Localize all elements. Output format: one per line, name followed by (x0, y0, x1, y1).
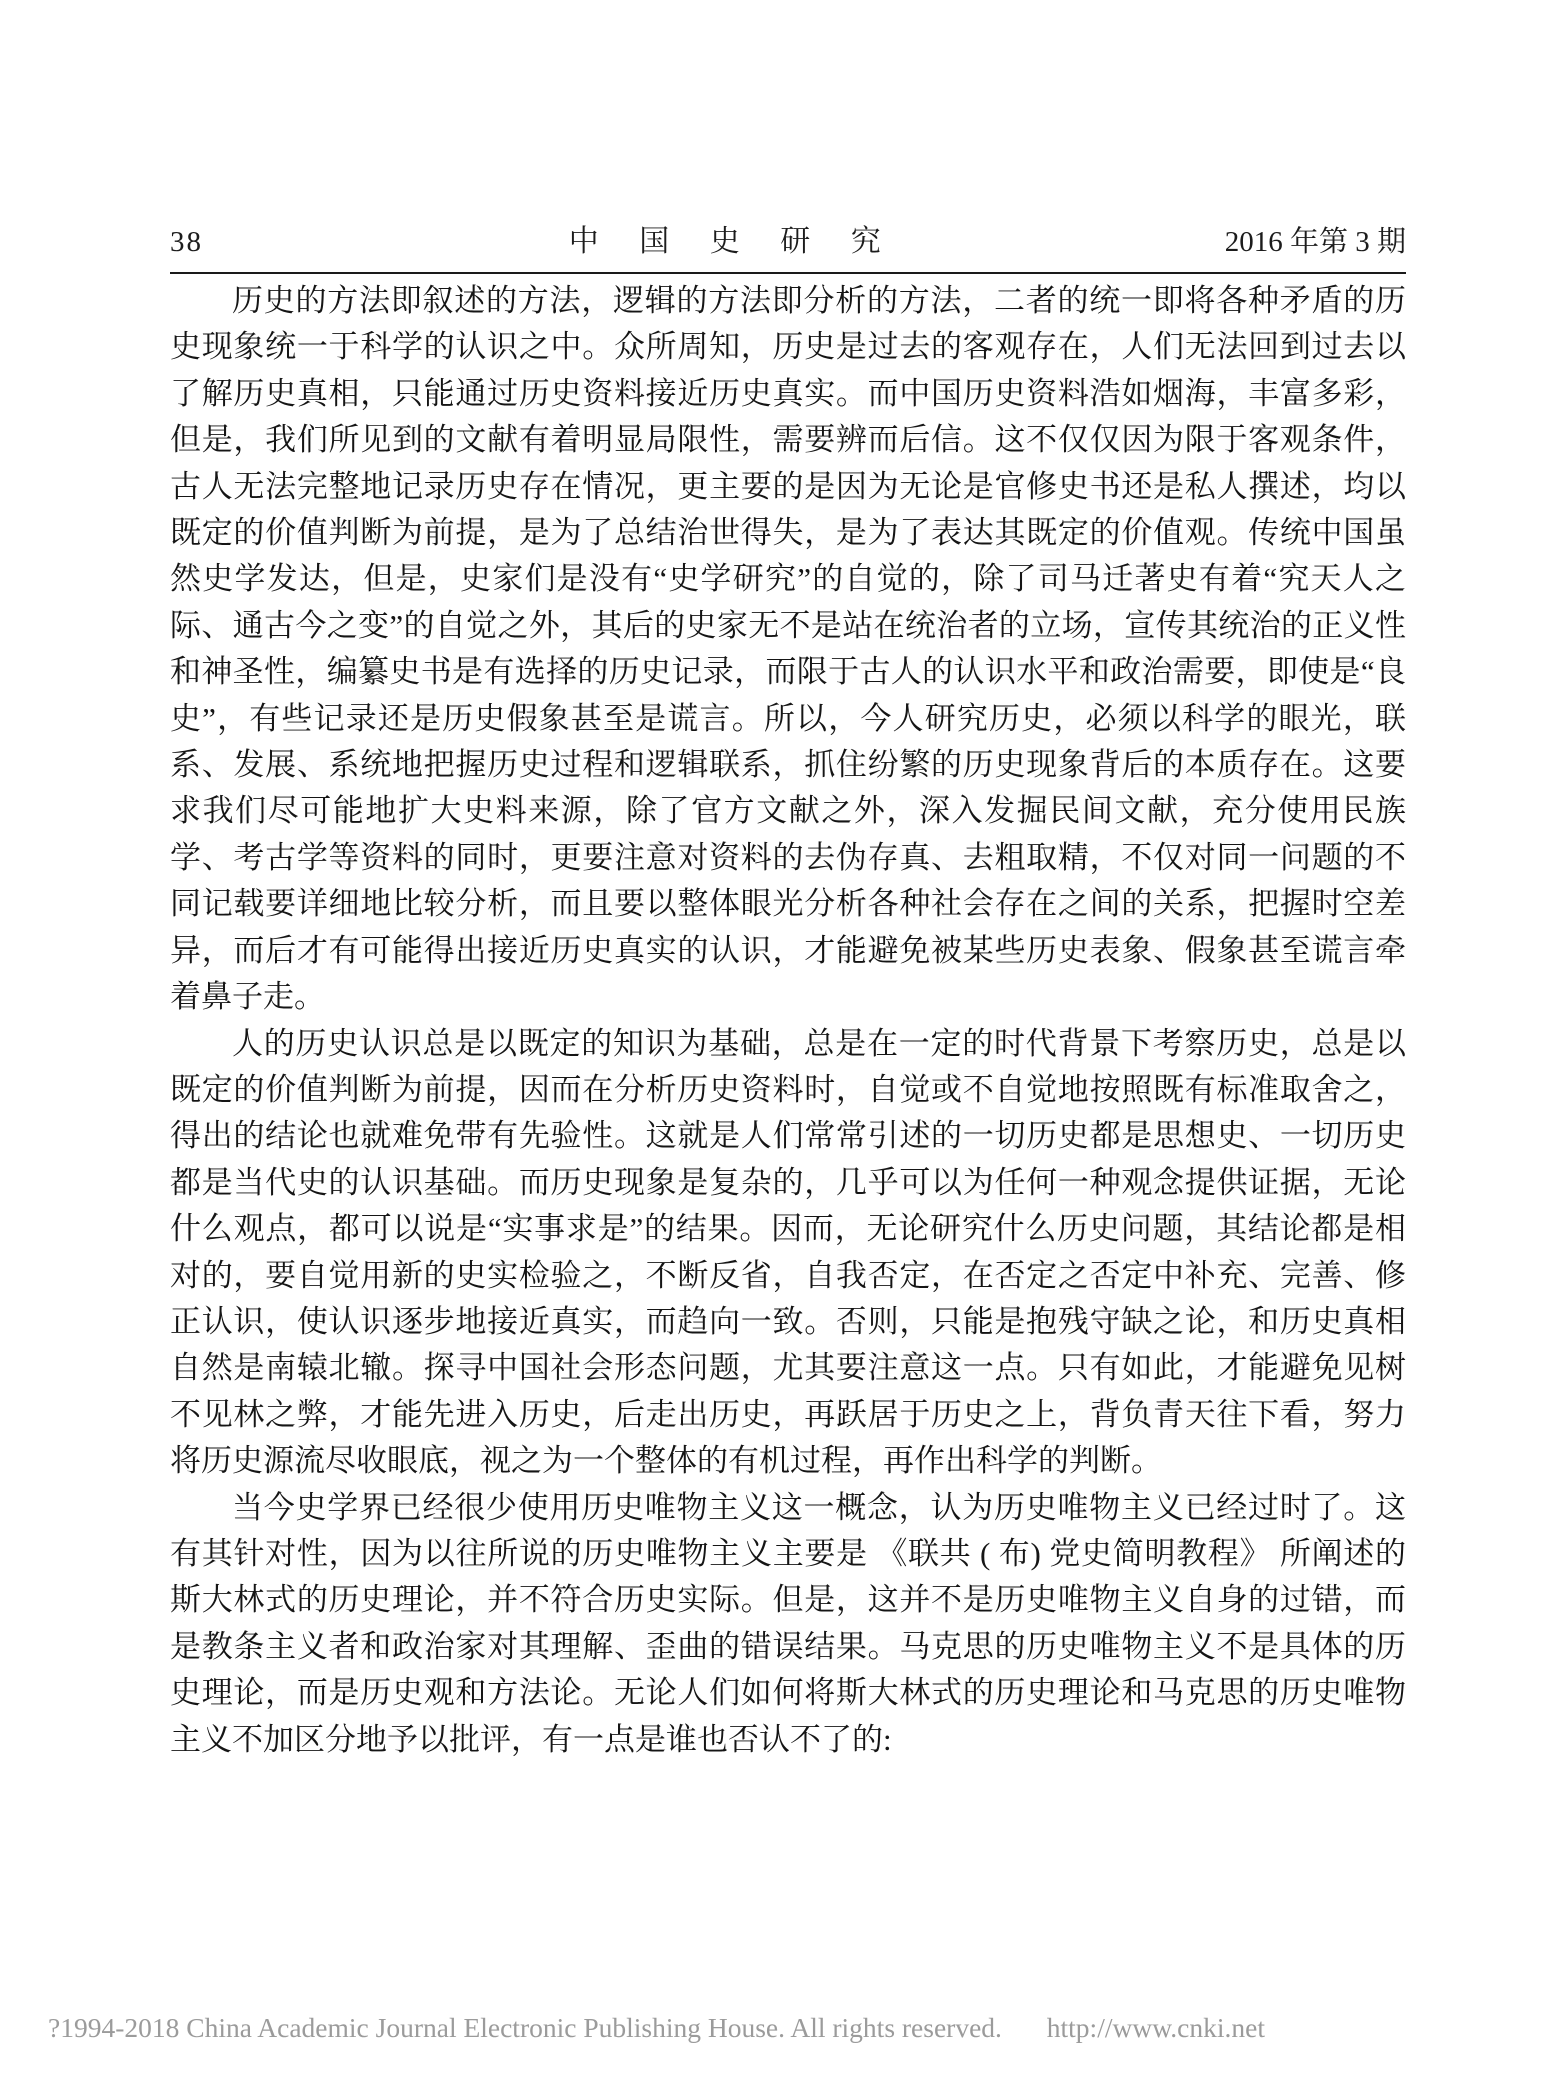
paragraph-1: 历史的方法即叙述的方法，逻辑的方法即分析的方法，二者的统一即将各种矛盾的历史现象… (170, 278, 1406, 1021)
paragraph-3: 当今史学界已经很少使用历史唯物主义这一概念，认为历史唯物主义已经过时了。这有其针… (170, 1485, 1406, 1763)
copyright-notice: ?1994-2018 China Academic Journal Electr… (48, 2012, 1002, 2043)
issue-info: 2016 年第 3 期 (1176, 219, 1406, 260)
paragraph-2: 人的历史认识总是以既定的知识为基础，总是在一定的时代背景下考察历史，总是以既定的… (170, 1021, 1406, 1485)
cnki-url: http://www.cnki.net (1047, 2012, 1265, 2043)
journal-title: 中 国 史 研 究 (290, 216, 1176, 260)
page-header: 38 中 国 史 研 究 2016 年第 3 期 (170, 216, 1406, 274)
page-footer: ?1994-2018 China Academic Journal Electr… (48, 2012, 1498, 2044)
article-body: 历史的方法即叙述的方法，逻辑的方法即分析的方法，二者的统一即将各种矛盾的历史现象… (170, 278, 1406, 1763)
scanned-journal-page: { "page": { "header": { "page_number": "… (0, 0, 1544, 2095)
page-number: 38 (170, 226, 290, 259)
